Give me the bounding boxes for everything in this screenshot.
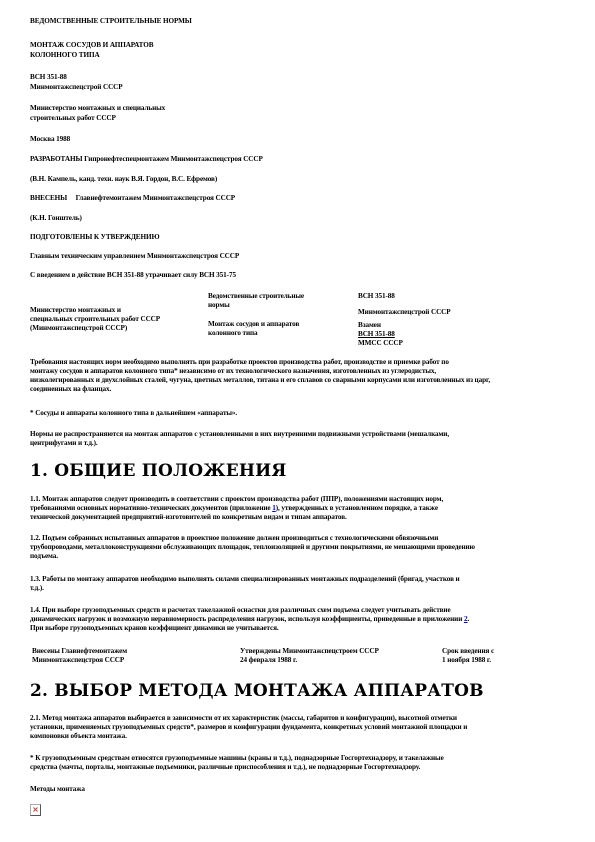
old-code: ВСН 351-88 — [358, 330, 558, 339]
footnote-line: * К грузоподъемным средствам относятся г… — [30, 754, 575, 763]
ministry-cell-line2: специальных строительных работ СССР — [30, 315, 205, 324]
doc-subtitle-line2: КОЛОННОГО ТИПА — [30, 51, 100, 60]
clause-text: ), утвержденных в установленном порядке,… — [276, 504, 438, 512]
approval-line: 24 февраля 1988 г. — [240, 656, 379, 665]
clause-1-2: 1.2. Подъем собранных испытанных аппарат… — [30, 534, 575, 561]
clause-1-3: 1.3. Работы по монтажу аппаратов необход… — [30, 575, 575, 593]
clause-1-4: 1.4. При выборе грузоподъемных средств и… — [30, 606, 575, 633]
doc-type-title: ВЕДОМСТВЕННЫЕ СТРОИТЕЛЬНЫЕ НОРМЫ — [30, 17, 192, 26]
approval-line: Внесены Главнефтемонтажем — [32, 647, 127, 656]
ministry-line2: строительных работ СССР — [30, 114, 116, 123]
approval-line: 1 ноября 1988 г. — [442, 656, 494, 665]
code-cell-org: Минмонтажспецстрой СССР — [358, 308, 558, 317]
clause-line: 1.4. При выборе грузоподъемных средств и… — [30, 606, 575, 615]
doc-code: ВСН 351-88 — [30, 73, 67, 82]
norms-cell-line4: колонного типа — [208, 329, 348, 338]
ministry-cell-line3: (Минмонтажспецстрой СССР) — [30, 324, 205, 333]
submitted-by: ВНЕСЕНЫ Главнефтемонтажем Минмонтажспецс… — [30, 194, 235, 203]
approval-approved: Утверждены Минмонтажспецстроем СССР 24 ф… — [240, 647, 379, 665]
ministry-line1: Министерство монтажных и специальных — [30, 104, 165, 113]
doc-org: Минмонтажспецстрой СССР — [30, 83, 123, 92]
clause-line: 1.1. Монтаж аппаратов следует производит… — [30, 495, 575, 504]
intro-line: низколегированных и двухслойных сталей, … — [30, 376, 575, 385]
old-org: ММСС СССР — [358, 339, 558, 348]
approval-line: Утверждены Минмонтажспецстроем СССР — [240, 647, 379, 656]
instead-label: Взамен — [358, 321, 558, 330]
doc-subtitle-line1: МОНТАЖ СОСУДОВ И АППАРАТОВ — [30, 41, 153, 50]
clause-line: компоновки объекта монтажа. — [30, 732, 575, 741]
title-table: Министерство монтажных и специальных стр… — [30, 290, 570, 352]
clause-line: 1.2. Подъем собранных испытанных аппарат… — [30, 534, 575, 543]
footnote-line: средства (мачты, порталы, монтажные подъ… — [30, 763, 575, 772]
norms-cell-line3: Монтаж сосудов и аппаратов — [208, 320, 348, 329]
clause-line: т.д.). — [30, 584, 575, 593]
developed-by: РАЗРАБОТАНЫ Гипронефтеспецмонтажем Минмо… — [30, 155, 263, 164]
approval-line: Минмонтажспецстроя СССР — [32, 656, 127, 665]
prepared-for-approval: ПОДГОТОВЛЕНЫ К УТВЕРЖДЕНИЮ — [30, 233, 159, 242]
clause-line: подъема. — [30, 552, 575, 561]
title-table-norms: Ведомственные строительные нормы Монтаж … — [208, 292, 348, 338]
title-table-code: ВСН 351-88 Минмонтажспецстрой СССР Взаме… — [358, 292, 558, 348]
submitter: (К.Н. Гонштель) — [30, 214, 82, 223]
clause-line: технической документацией предприятий-из… — [30, 513, 575, 522]
intro-line: Требования настоящих норм необходимо вып… — [30, 358, 575, 367]
city-year: Москва 1988 — [30, 135, 70, 144]
clause-line: 2.1. Метод монтажа аппаратов выбирается … — [30, 714, 575, 723]
approval-line: Срок введения с — [442, 647, 494, 656]
clause-1-1: 1.1. Монтаж аппаратов следует производит… — [30, 495, 575, 522]
prepared-by: Главным техническим управлением Минмонта… — [30, 252, 239, 261]
section2-heading: 2. ВЫБОР МЕТОДА МОНТАЖА АППАРАТОВ — [30, 681, 484, 701]
scope-line: Нормы не распространяются на монтаж аппа… — [30, 430, 575, 439]
scope-paragraph: Нормы не распространяются на монтаж аппа… — [30, 430, 575, 448]
norms-cell-line1: Ведомственные строительные — [208, 292, 348, 301]
approval-submitted: Внесены Главнефтемонтажем Минмонтажспецс… — [32, 647, 127, 665]
ministry-cell-line1: Министерство монтажных и — [30, 306, 205, 315]
clause-line: динамических нагрузок и возможную неравн… — [30, 615, 575, 624]
clause-line: установки, применяемых грузоподъемных ср… — [30, 723, 575, 732]
clause-text: требованиями основных нормативно-техниче… — [30, 504, 272, 512]
clause-line: трубопроводами, металлоконструкциями обс… — [30, 543, 575, 552]
developers: (В.Н. Кампель, канд. техн. наук В.Я. Гор… — [30, 175, 217, 184]
clause-2-1-footnote: * К грузоподъемным средствам относятся г… — [30, 754, 575, 772]
clause-line: 1.3. Работы по монтажу аппаратов необход… — [30, 575, 575, 584]
approval-effective: Срок введения с 1 ноября 1988 г. — [442, 647, 494, 665]
title-table-ministry: Министерство монтажных и специальных стр… — [30, 306, 205, 333]
clause-2-1: 2.1. Метод монтажа аппаратов выбирается … — [30, 714, 575, 741]
broken-image-icon[interactable]: × — [30, 804, 41, 816]
clause-line: требованиями основных нормативно-техниче… — [30, 504, 575, 513]
clause-text: динамических нагрузок и возможную неравн… — [30, 615, 464, 623]
methods-label: Методы монтажа — [30, 785, 85, 794]
intro-line: соединенных на фланцах. — [30, 385, 575, 394]
intro-footnote: * Сосуды и аппараты колонного типа в дал… — [30, 409, 237, 418]
supersedes-note: С введением в действие ВСН 351-88 утрачи… — [30, 271, 236, 280]
intro-line: монтажу сосудов и аппаратов колонного ти… — [30, 367, 575, 376]
section1-heading: 1. ОБЩИЕ ПОЛОЖЕНИЯ — [30, 461, 287, 481]
code-cell: ВСН 351-88 — [358, 292, 558, 301]
intro-paragraph: Требования настоящих норм необходимо вып… — [30, 358, 575, 394]
clause-line: При выборе грузоподъемных кранов коэффиц… — [30, 624, 575, 633]
norms-cell-line2: нормы — [208, 301, 348, 310]
clause-text: . — [467, 615, 469, 623]
scope-line: центрифугами и т.д.). — [30, 439, 575, 448]
